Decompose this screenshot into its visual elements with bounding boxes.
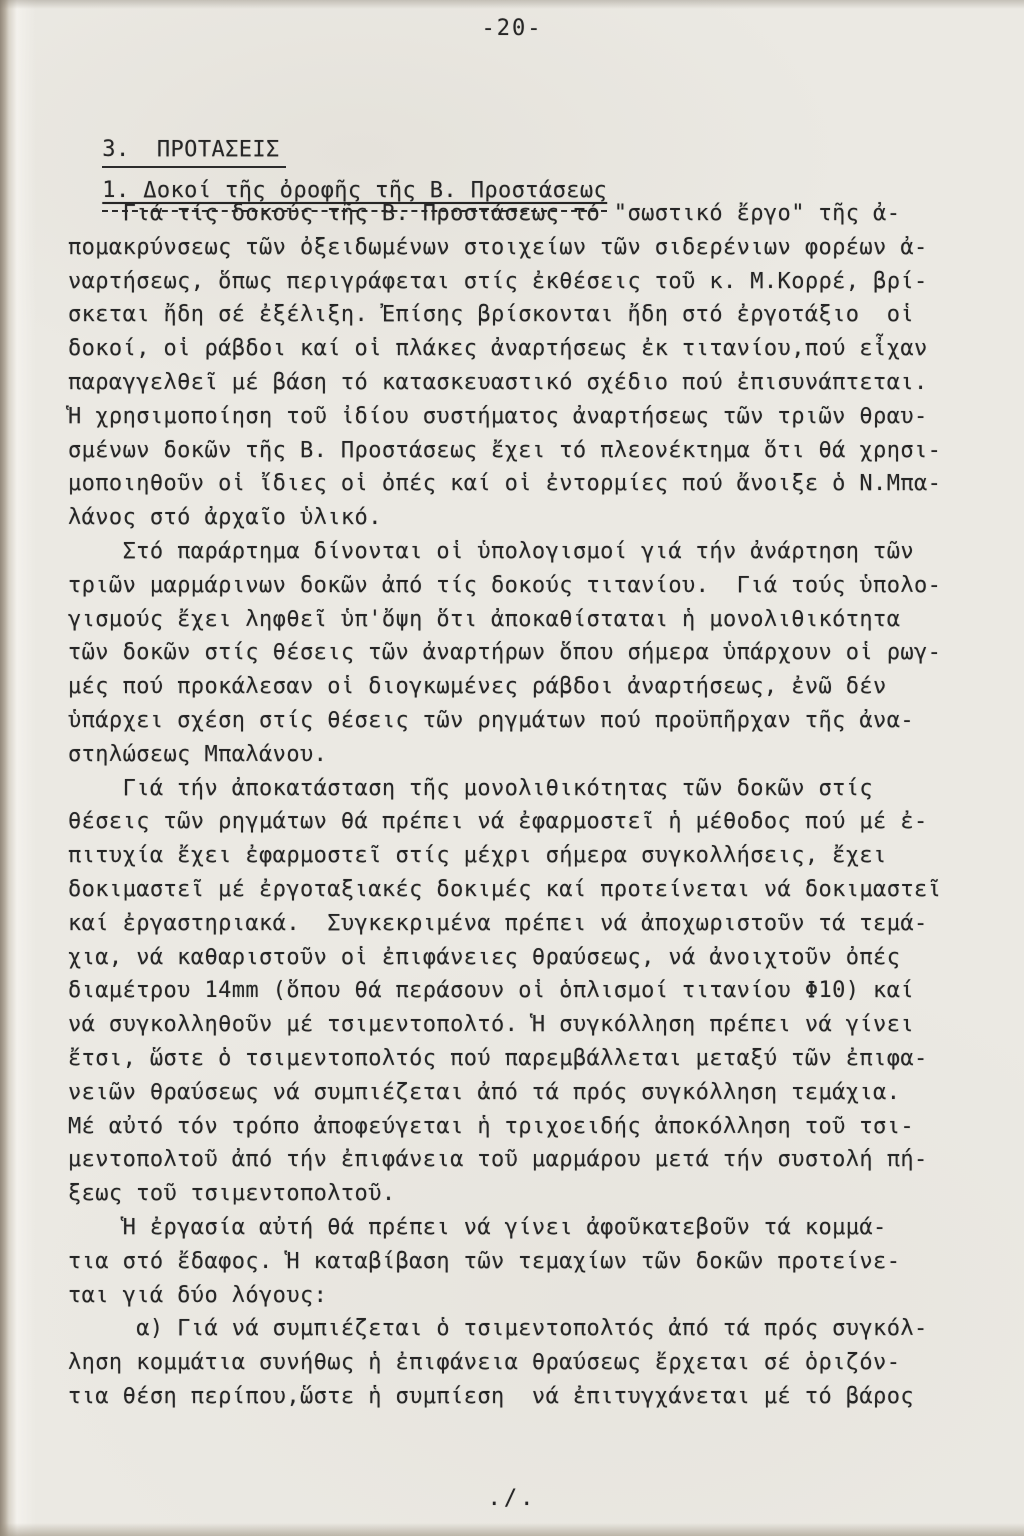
document-body: Γιά τίς δοκούς τῆς Β. Προστάσεως τό "σωσ… [68,197,988,1414]
paragraph-4: Ἡ ἐργασία αὐτή θά πρέπει νά γίνει ἀφοῦκα… [68,1211,988,1312]
page-number: -20- [0,16,1024,41]
continuation-mark: ./. [0,1486,1024,1511]
paragraph-2: Στό παράρτημα δίνονται οἱ ὑπολογισμοί γι… [68,535,988,772]
scanned-document-page: { "page": { "number": "-20-" }, "colors"… [0,0,1024,1536]
paragraph-3: Γιά τήν ἀποκατάσταση τῆς μονολιθικότητας… [68,772,988,1211]
paragraph-1: Γιά τίς δοκούς τῆς Β. Προστάσεως τό "σωσ… [68,197,988,535]
paragraph-5: α) Γιά νά συμπιέζεται ὁ τσιμεντοπολτός ἀ… [68,1312,988,1413]
